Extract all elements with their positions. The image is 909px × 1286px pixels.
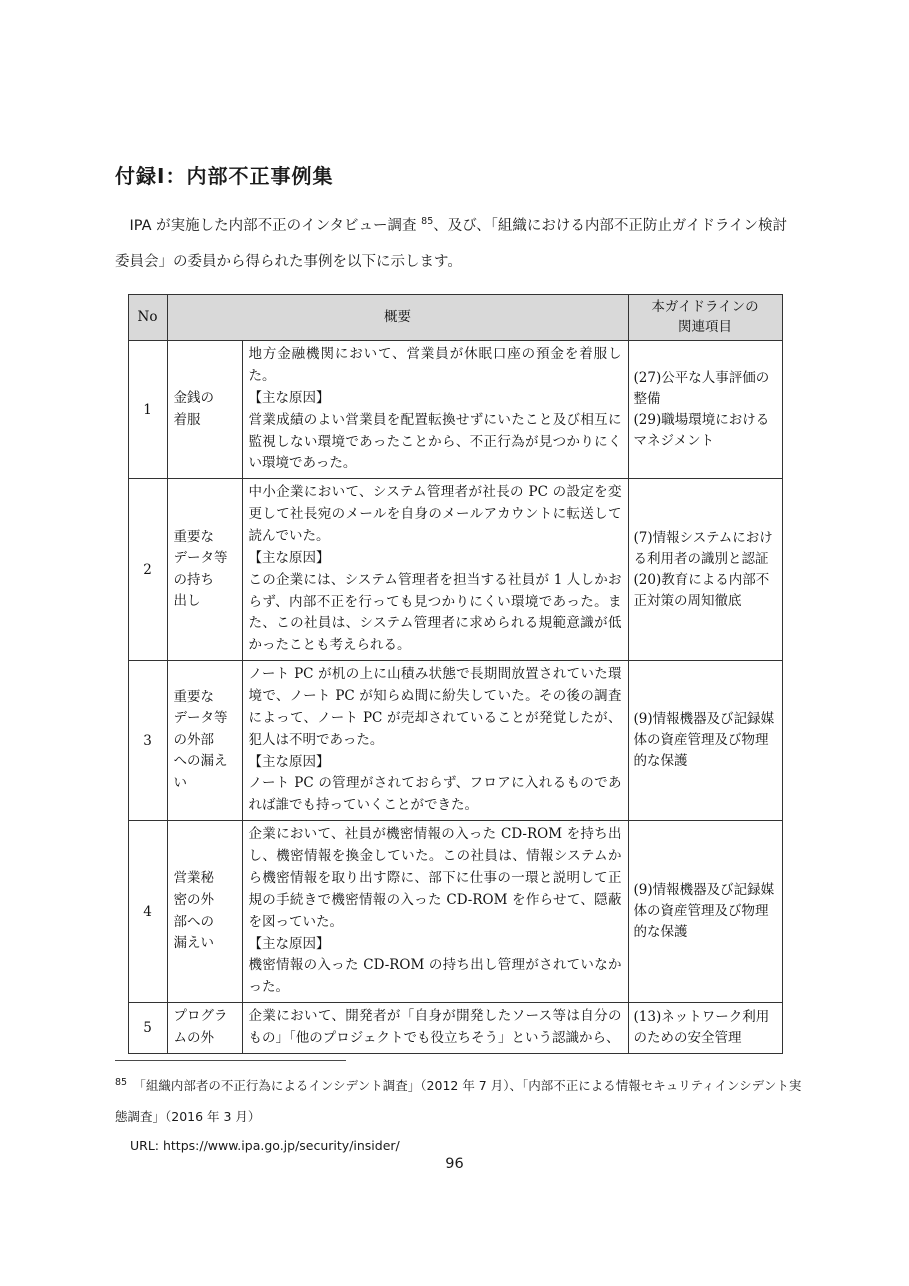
document-page: 付録Ⅰ：内部不正事例集 IPA が実施した内部不正のインタビュー調査 85、及び… [0,0,909,1286]
header-no: No [128,295,167,341]
related-item: (29)職場環境におけるマネジメント [634,410,778,452]
intro-paragraph: IPA が実施した内部不正のインタビュー調査 85、及び、「組織における内部不正… [115,209,795,280]
table-header-row: No 概要 本ガイドラインの 関連項目 [128,295,782,341]
table-row: 2 重要な データ等 の持ち 出し 中小企業において、システム管理者が社長の P… [128,479,782,661]
case-category: プログラ ムの外 [167,1003,242,1054]
case-number: 5 [128,1003,167,1054]
case-related: (9)情報機器及び記録媒体の資産管理及び物理的な保護 [628,661,782,821]
case-number: 4 [128,821,167,1003]
case-overview: 地方金融機関において、営業員が休眠口座の預金を着服した。 【主な原因】 営業成績… [242,341,628,479]
case-category: 金銭の 着服 [167,341,242,479]
case-overview: 企業において、社員が機密情報の入った CD-ROM を持ち出し、機密情報を換金し… [242,821,628,1003]
case-category: 重要な データ等 の外部 への漏え い [167,661,242,821]
header-related-items: 本ガイドラインの 関連項目 [628,295,782,341]
footnote-reference-superscript: 85 [421,216,433,227]
case-overview: 中小企業において、システム管理者が社長の PC の設定を変更して社長宛のメールを… [242,479,628,661]
page-title: 付録Ⅰ：内部不正事例集 [115,160,795,189]
related-item: (27)公平な人事評価の整備 [634,368,778,410]
related-item: (9)情報機器及び記録媒体の資産管理及び物理的な保護 [634,880,778,943]
page-content: 付録Ⅰ：内部不正事例集 IPA が実施した内部不正のインタビュー調査 85、及び… [0,0,909,1054]
case-related: (13)ネットワーク利用のための安全管理 [628,1003,782,1054]
case-related: (7)情報システムにおける利用者の識別と認証 (20)教育による内部不正対策の周… [628,479,782,661]
case-category: 重要な データ等 の持ち 出し [167,479,242,661]
footnote-marker: 85 [115,1077,127,1088]
case-overview: 企業において、開発者が「自身が開発したソース等は自分のもの」「他のプロジェクトで… [242,1003,628,1054]
case-related: (9)情報機器及び記録媒体の資産管理及び物理的な保護 [628,821,782,1003]
footnote-separator-rule [115,1060,346,1061]
footnote-url: URL: https://www.ipa.go.jp/security/insi… [115,1136,805,1156]
case-category: 営業秘 密の外 部への 漏えい [167,821,242,1003]
footnote-block: 85 「組織内部者の不正行為によるインシデント調査」（2012 年 7 月）、「… [115,1060,805,1156]
case-number: 1 [128,341,167,479]
page-number: 96 [0,1156,909,1172]
intro-text-start: IPA が実施した内部不正のインタビュー調査 [130,218,422,234]
header-overview: 概要 [167,295,628,341]
table-row: 4 営業秘 密の外 部への 漏えい 企業において、社員が機密情報の入った CD-… [128,821,782,1003]
related-item: (13)ネットワーク利用のための安全管理 [634,1007,778,1049]
cases-table: No 概要 本ガイドラインの 関連項目 1 金銭の 着服 地方金融機関において、… [128,294,783,1054]
footnote-citation: 「組織内部者の不正行為によるインシデント調査」（2012 年 7 月）、「内部不… [115,1078,801,1124]
footnote-text: 85 「組織内部者の不正行為によるインシデント調査」（2012 年 7 月）、「… [115,1071,805,1132]
related-item: (20)教育による内部不正対策の周知徹底 [634,570,778,612]
table-row: 5 プログラ ムの外 企業において、開発者が「自身が開発したソース等は自分のもの… [128,1003,782,1054]
case-number: 3 [128,661,167,821]
table-row: 1 金銭の 着服 地方金融機関において、営業員が休眠口座の預金を着服した。 【主… [128,341,782,479]
table-row: 3 重要な データ等 の外部 への漏え い ノート PC が机の上に山積み状態で… [128,661,782,821]
case-related: (27)公平な人事評価の整備 (29)職場環境におけるマネジメント [628,341,782,479]
case-number: 2 [128,479,167,661]
related-item: (9)情報機器及び記録媒体の資産管理及び物理的な保護 [634,709,778,772]
case-overview: ノート PC が机の上に山積み状態で長期間放置されていた環境で、ノート PC が… [242,661,628,821]
related-item: (7)情報システムにおける利用者の識別と認証 [634,528,778,570]
